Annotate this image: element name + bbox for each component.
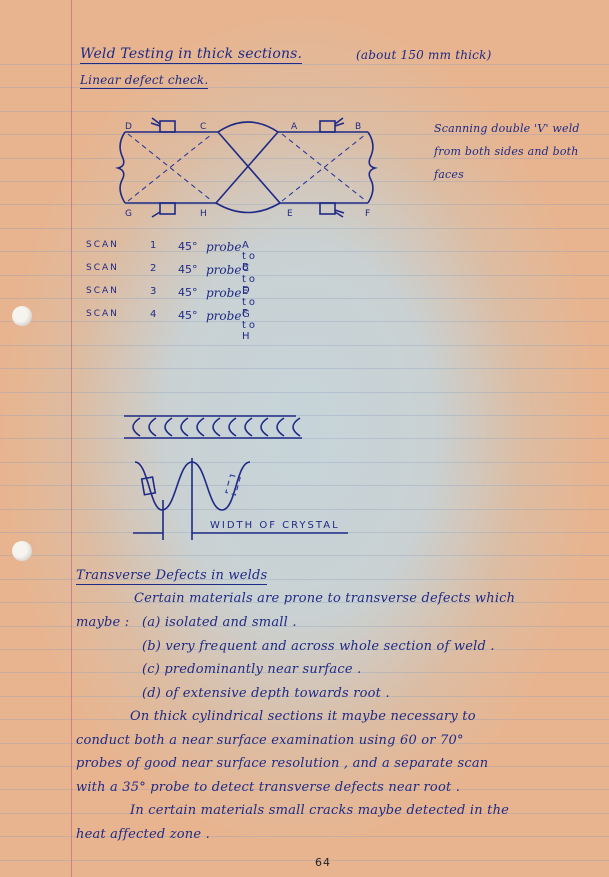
defect-item-line: (b) very frequent and across whole secti… bbox=[142, 639, 495, 654]
defect-item-line: (c) predominantly near surface . bbox=[142, 662, 361, 677]
defect-item-line: (a) isolated and small . bbox=[142, 615, 297, 630]
defect-item-line: (d) of extensive depth towards root . bbox=[142, 686, 390, 701]
section2-intro-2: maybe : bbox=[76, 615, 129, 630]
para2-line: On thick cylindrical sections it maybe n… bbox=[130, 709, 476, 724]
section2-heading: Transverse Defects in welds bbox=[76, 568, 267, 585]
page-number: 64 bbox=[315, 856, 331, 869]
para2-line: conduct both a near surface examination … bbox=[76, 733, 464, 748]
section2-intro-1: Certain materials are prone to transvers… bbox=[134, 591, 515, 606]
para3-line: In certain materials small cracks maybe … bbox=[130, 803, 509, 818]
para2-line: probes of good near surface resolution ,… bbox=[76, 756, 488, 771]
beam-caption: WIDTH OF CRYSTAL bbox=[210, 520, 340, 531]
para3-line: heat affected zone . bbox=[76, 827, 210, 842]
para2-line: with a 35° probe to detect transverse de… bbox=[76, 780, 460, 795]
notebook-page: Weld Testing in thick sections. (about 1… bbox=[0, 0, 609, 877]
